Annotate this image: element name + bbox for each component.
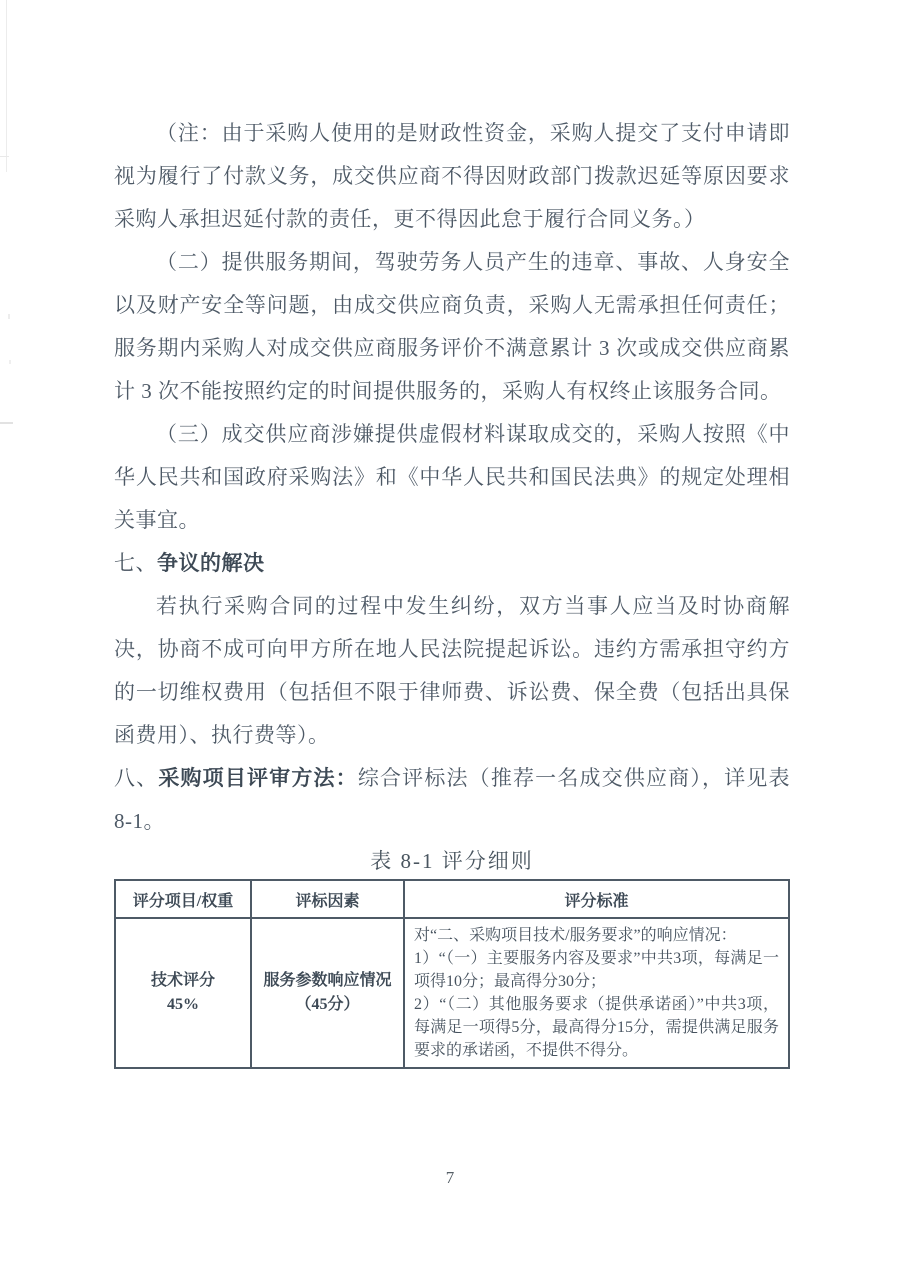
score-item-weight: 45% [120,993,246,1017]
scan-artifact [6,0,7,172]
criteria-line: 2）“（二）其他服务要求（提供承诺函）”中共3项，每满足一项得5分，最高得分15… [414,993,779,1062]
header-scoring-standard: 评分标准 [404,880,789,918]
scan-artifact [9,360,11,364]
table-row: 技术评分 45% 服务参数响应情况 （45分） 对“二、采购项目技术/服务要求”… [115,918,789,1068]
header-score-item-weight: 评分项目/权重 [115,880,251,918]
scan-artifact [0,422,13,424]
factor-label: 服务参数响应情况 [256,969,399,993]
document-content: （注：由于采购人使用的是财政性资金，采购人提交了支付申请即视为履行了付款义务，成… [114,112,790,1069]
header-evaluation-factor: 评标因素 [251,880,404,918]
paragraph-clause-3: （三）成交供应商涉嫌提供虚假材料谋取成交的，采购人按照《中华人民共和国政府采购法… [114,413,790,542]
page-number: 7 [0,1168,900,1188]
criteria-line: 1）“（一）主要服务内容及要求”中共3项，每满足一项得10分；最高得分30分； [414,947,779,993]
factor-score: （45分） [256,993,399,1017]
section-8-title: 采购项目评审方法： [158,766,358,790]
cell-scoring-standard: 对“二、采购项目技术/服务要求”的响应情况： 1）“（一）主要服务内容及要求”中… [404,918,789,1068]
criteria-line: 对“二、采购项目技术/服务要求”的响应情况： [414,924,779,947]
scoring-table: 评分项目/权重 评标因素 评分标准 技术评分 45% 服务参数响应情况 （45分… [114,879,790,1069]
section-7-title: 争议的解决 [157,551,265,575]
paragraph-payment-note: （注：由于采购人使用的是财政性资金，采购人提交了支付申请即视为履行了付款义务，成… [114,112,790,241]
table-header-row: 评分项目/权重 评标因素 评分标准 [115,880,789,918]
score-item-label: 技术评分 [120,969,246,993]
table-caption: 表 8-1 评分细则 [114,843,790,879]
section-7-number: 七、 [114,551,157,575]
paragraph-clause-2: （二）提供服务期间，驾驶劳务人员产生的违章、事故、人身安全以及财产安全等问题，由… [114,241,790,413]
section-8-number: 八、 [114,766,158,790]
scan-artifact [8,314,10,319]
scan-artifact [0,156,9,157]
cell-evaluation-factor: 服务参数响应情况 （45分） [251,918,404,1068]
section-7-heading: 七、争议的解决 [114,542,790,585]
cell-score-item: 技术评分 45% [115,918,251,1068]
section-8-heading: 八、采购项目评审方法：综合评标法（推荐一名成交供应商），详见表 8-1。 [114,757,790,843]
paragraph-dispute-resolution: 若执行采购合同的过程中发生纠纷，双方当事人应当及时协商解决，协商不成可向甲方所在… [114,585,790,757]
